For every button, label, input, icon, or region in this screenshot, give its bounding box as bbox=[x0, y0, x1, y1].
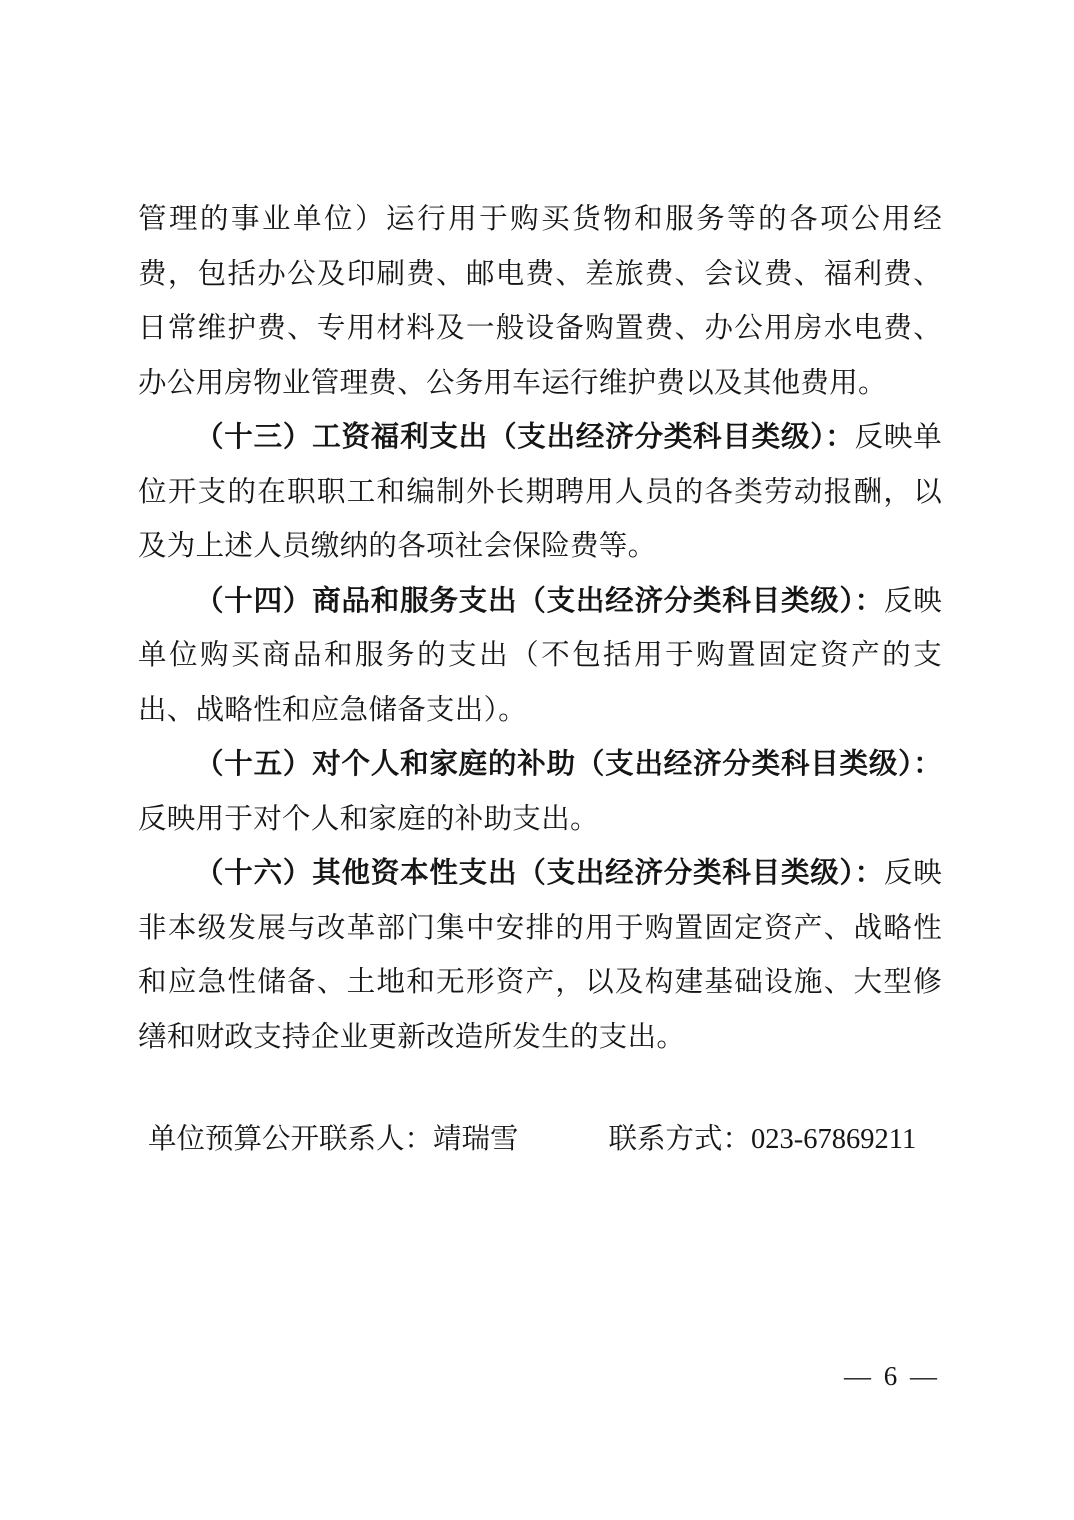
item-13-heading: （十三）工资福利支出（支出经济分类科目类级）： bbox=[195, 422, 855, 453]
paragraph-item-15: （十五）对个人和家庭的补助（支出经济分类科目类级）：反映用于对个人和家庭的补助支… bbox=[138, 738, 942, 847]
document-page: 管理的事业单位）运行用于购买货物和服务等的各项公用经费，包括办公及印刷费、邮电费… bbox=[0, 0, 1074, 1520]
item-14-heading: （十四）商品和服务支出（支出经济分类科目类级）： bbox=[195, 586, 884, 617]
contact-person: 单位预算公开联系人：靖瑞雪 bbox=[148, 1113, 519, 1168]
item-16-heading: （十六）其他资本性支出（支出经济分类科目类级）： bbox=[195, 858, 884, 889]
paragraph-item-14: （十四）商品和服务支出（支出经济分类科目类级）：反映单位购买商品和服务的支出（不… bbox=[138, 575, 942, 739]
page-number: — 6 — bbox=[844, 1361, 940, 1392]
contact-row: 单位预算公开联系人：靖瑞雪 联系方式：023-67869211 bbox=[138, 1113, 942, 1168]
paragraph-public-funds-continuation: 管理的事业单位）运行用于购买货物和服务等的各项公用经费，包括办公及印刷费、邮电费… bbox=[138, 193, 942, 411]
document-body: 管理的事业单位）运行用于购买货物和服务等的各项公用经费，包括办公及印刷费、邮电费… bbox=[138, 193, 942, 1168]
item-15-heading: （十五）对个人和家庭的补助（支出经济分类科目类级）： bbox=[195, 749, 942, 780]
item-15-text: 反映用于对个人和家庭的补助支出。 bbox=[138, 804, 599, 835]
paragraph-item-16: （十六）其他资本性支出（支出经济分类科目类级）：反映非本级发展与改革部门集中安排… bbox=[138, 847, 942, 1065]
contact-method: 联系方式：023-67869211 bbox=[609, 1113, 917, 1168]
paragraph-item-13: （十三）工资福利支出（支出经济分类科目类级）：反映单位开支的在职职工和编制外长期… bbox=[138, 411, 942, 575]
